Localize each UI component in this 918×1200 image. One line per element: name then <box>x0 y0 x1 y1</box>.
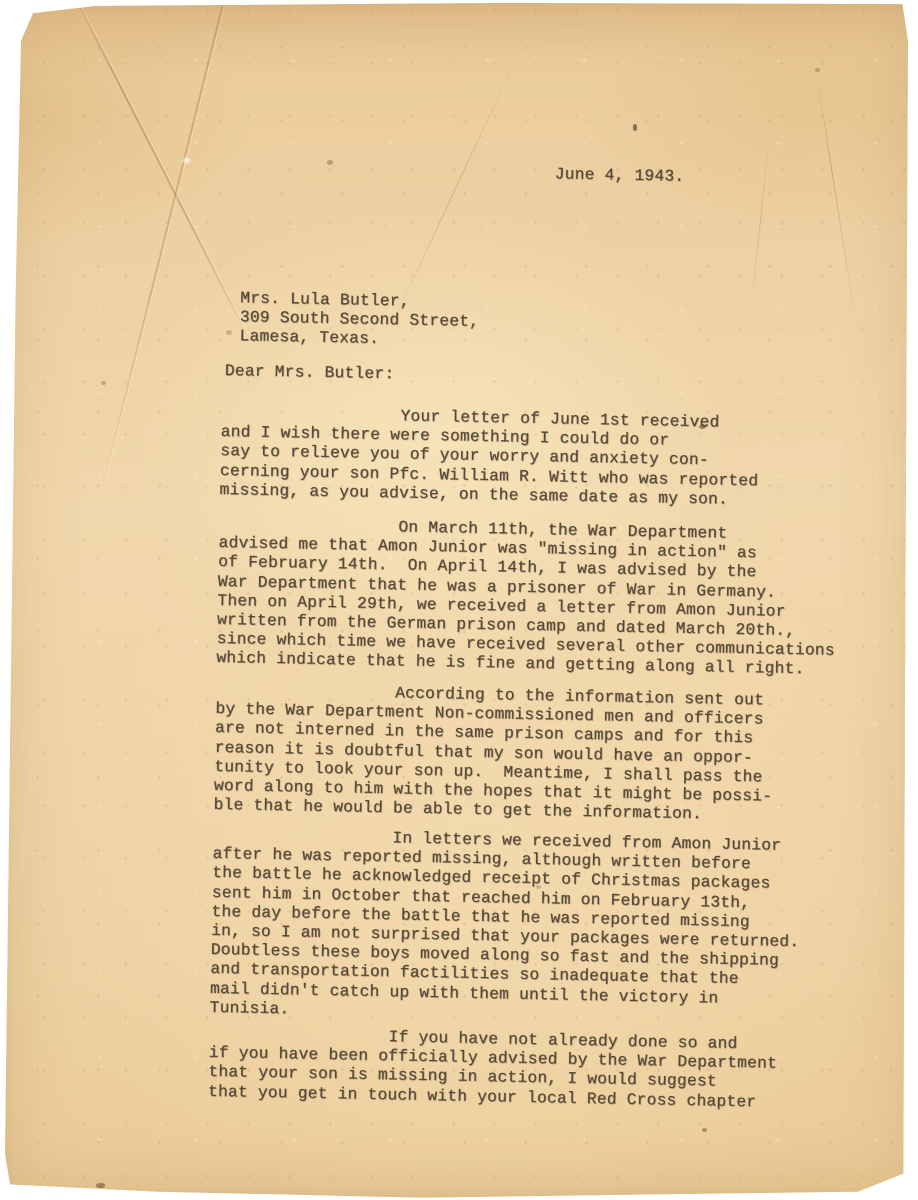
paragraph-5: If you have not already done so and if y… <box>208 1024 778 1112</box>
paragraph-2: On March 11th, the War Department advise… <box>216 514 837 679</box>
paper-sheet: June 4, 1943. Mrs. Lula Butler, 309 Sout… <box>0 0 918 1200</box>
scanned-letter-page: June 4, 1943. Mrs. Lula Butler, 309 Sout… <box>0 0 918 1200</box>
paragraph-1: Your letter of June 1st received and I w… <box>219 403 759 509</box>
recipient-city: Lamesa, Texas. <box>239 327 379 349</box>
paragraph-3: According to the information sent out by… <box>213 680 774 825</box>
letter-date: June 4, 1943. <box>555 164 685 186</box>
salutation: Dear Mrs. Butler: <box>225 361 395 383</box>
paragraph-4: In letters we received from Amon Junior … <box>210 825 802 1028</box>
